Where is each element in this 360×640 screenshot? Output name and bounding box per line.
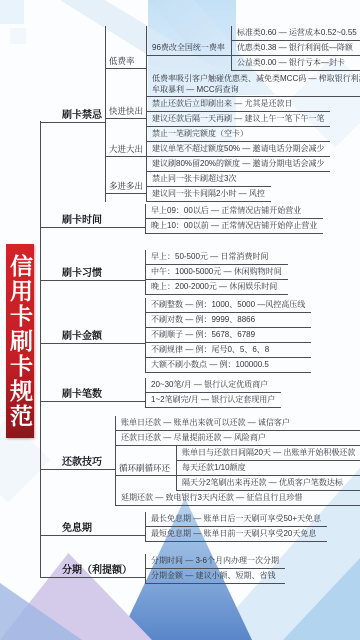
- node-fast-in-out: 快进快出 禁止还款后立即刷出来 — 尤其是还款日 建议还款后隔一天再刷 — 建议…: [106, 97, 360, 127]
- leaf-fast-1: 禁止还款后立即刷出来 — 尤其是还款日: [147, 97, 330, 112]
- leaf-time-2: 晚上10：00以前 — 正常情况店铺开始停止营业: [146, 219, 323, 234]
- branch-taboo-label: 刷卡禁忌: [40, 106, 105, 123]
- leaf-interest-free-1: 最长免息期 — 账单日后一天刷可享受50+天免息: [146, 512, 327, 527]
- branch-repay-label: 还款技巧: [40, 453, 115, 470]
- branch-habit: 刷卡习惯 早上：50-500元 — 日常消费时间 中午：1000-5000元 —…: [40, 250, 288, 295]
- leaf-cycle-1: 账单日与还款日间隔20天 — 出账单开始积极还款: [177, 446, 360, 461]
- leaf-repay-delay: 延期还款 — 致电银行3天内还款 — 征信且行且珍惜: [116, 491, 360, 506]
- branch-amount: 刷卡金额 不刷整数 — 例：1000、5000 —风控高压线 不刷对数 — 例：…: [40, 298, 311, 373]
- leaf-repay-dueday: 还款日还款 — 尽量提前还款 — 风险商户: [116, 431, 360, 446]
- node-big-in-out: 大进大出 禁止一笔刷完额度（空卡） 建议单笔不超过额度50% — 邀请电话分期会…: [106, 127, 360, 172]
- leaf-mcc-line1: 低费率吸引客户触碰优惠类、减免类MCC码 — 榨取银行利润: [152, 73, 360, 84]
- leaf-habit-2: 中午：1000-5000元 — 休闲购物时间: [146, 265, 288, 280]
- node-fee-reform: 96费改全国统一费率 标准类0.60 — 运营成本0.52~0.55 优惠类0.…: [147, 26, 360, 71]
- branch-interest-free-label: 免息期: [40, 519, 145, 536]
- leaf-fee-discount: 优惠类0.38 — 银行利润低—降额: [232, 41, 360, 56]
- leaf-installment-2: 分期金额 — 建议小额、短期、省钱: [146, 569, 285, 584]
- branch-count-label: 刷卡笔数: [40, 385, 145, 402]
- branch-amount-label: 刷卡金额: [40, 327, 145, 344]
- leaf-mcc-warning: 低费率吸引客户触碰优惠类、减免类MCC码 — 榨取银行利润 牟取暴利 — MCC…: [147, 71, 360, 97]
- node-cycle-label: 循环刷循环还: [116, 462, 176, 476]
- branch-time-label: 刷卡时间: [40, 211, 145, 228]
- mindmap: 信用卡刷卡规范 刷卡禁忌 低费率 96费改全国统一费率 标准类0.60 — 运营…: [0, 0, 360, 640]
- leaf-amount-4: 不刷规律 — 例：尾号0、5、6、8: [146, 343, 311, 358]
- node-cycle-repay: 循环刷循环还 账单日与还款日间隔20天 — 出账单开始积极还款 每天还款1/10…: [116, 446, 360, 491]
- node-fast-label: 快进快出: [106, 105, 146, 119]
- leaf-many-1: 禁止同一张卡刷超过3次: [147, 172, 271, 187]
- branch-interest-free: 免息期 最长免息期 — 账单日后一天刷可享受50+天免息 最短免息期 — 账单日…: [40, 512, 327, 542]
- leaf-repay-billday: 账单日还款 — 账单出来就可以还款 — 诚信客户: [116, 416, 360, 431]
- node-many-label: 多进多出: [106, 180, 146, 194]
- leaf-time-1: 早上09：00以后 — 正常情况店铺开始营业: [146, 204, 323, 219]
- leaf-fast-2: 建议还款后隔一天再刷 — 建议上午一笔下午一笔: [147, 112, 330, 127]
- leaf-cycle-3: 隔天分2笔刷出来再还款 — 优质客户笔数达标: [177, 476, 360, 491]
- branch-installment: 分期（利提额） 分期时间 — 3-6个月内办理一次分期 分期金额 — 建议小额、…: [40, 554, 285, 584]
- leaf-mcc-line2: 牟取暴利 — MCC码查询: [152, 84, 360, 95]
- leaf-count-2: 1~2笔刷完/月 — 银行认定套现用户: [146, 393, 281, 408]
- leaf-many-2: 建议同一张卡间隔2小时 — 风控: [147, 187, 271, 202]
- leaf-habit-3: 晚上：200-2000元 — 休闲娱乐时间: [146, 280, 288, 295]
- branch-repay: 还款技巧 账单日还款 — 账单出来就可以还款 — 诚信客户 还款日还款 — 尽量…: [40, 416, 360, 506]
- leaf-amount-2: 不刷对数 — 例：9999、8866: [146, 313, 311, 328]
- leaf-fee-public: 公益类0.00 — 银行亏本—封卡: [232, 56, 360, 71]
- node-low-rate-label: 低费率: [106, 55, 146, 69]
- leaf-habit-1: 早上：50-500元 — 日常消费时间: [146, 250, 288, 265]
- leaf-cycle-2: 每天还款1/10额度: [177, 461, 360, 476]
- leaf-interest-free-2: 最短免息期 — 账单日前一天刷只享受20天免息: [146, 527, 327, 542]
- leaf-installment-1: 分期时间 — 3-6个月内办理一次分期: [146, 554, 285, 569]
- root-title: 信用卡刷卡规范: [6, 254, 34, 429]
- branch-taboo: 刷卡禁忌 低费率 96费改全国统一费率 标准类0.60 — 运营成本0.52~0…: [40, 26, 360, 202]
- node-fee-reform-label: 96费改全国统一费率: [147, 41, 231, 56]
- root-title-banner: 信用卡刷卡规范: [6, 244, 34, 438]
- node-many-in-out: 多进多出 禁止同一张卡刷超过3次 建议同一张卡间隔2小时 — 风控: [106, 172, 360, 202]
- branch-habit-label: 刷卡习惯: [40, 264, 145, 281]
- branch-installment-label: 分期（利提额）: [40, 561, 145, 578]
- leaf-big-1: 禁止一笔刷完额度（空卡）: [147, 127, 330, 142]
- leaf-amount-3: 不刷顺子 — 例：5678、6789: [146, 328, 311, 343]
- leaf-big-3: 建议刷80%留20%的额度 — 邀请分期电话会减少: [147, 157, 330, 172]
- node-low-rate: 低费率 96费改全国统一费率 标准类0.60 — 运营成本0.52~0.55 优…: [106, 26, 360, 97]
- leaf-fee-standard: 标准类0.60 — 运营成本0.52~0.55: [232, 26, 360, 41]
- leaf-amount-5: 大额不刷小数点 — 例：100000.5: [146, 358, 311, 373]
- branch-count: 刷卡笔数 20~30笔/月 — 银行认定优质商户 1~2笔刷完/月 — 银行认定…: [40, 378, 281, 408]
- leaf-count-1: 20~30笔/月 — 银行认定优质商户: [146, 378, 281, 393]
- branch-time: 刷卡时间 早上09：00以后 — 正常情况店铺开始营业 晚上10：00以前 — …: [40, 204, 323, 234]
- leaf-big-2: 建议单笔不超过额度50% — 邀请电话分期会减少: [147, 142, 330, 157]
- node-big-label: 大进大出: [106, 143, 146, 157]
- leaf-amount-1: 不刷整数 — 例：1000、5000 —风控高压线: [146, 298, 311, 313]
